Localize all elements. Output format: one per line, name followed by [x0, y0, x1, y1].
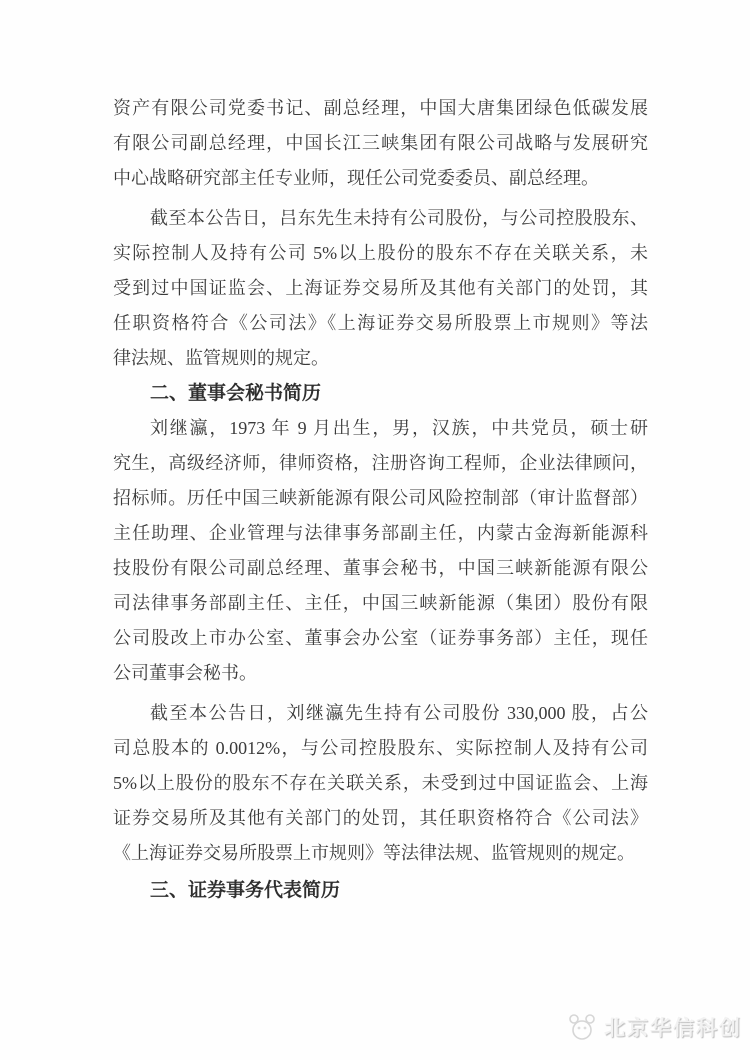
text-line: 中心战略研究部主任专业师，现任公司党委委员、副总经理。 [113, 161, 648, 196]
paragraph-liu-jiying-bio: 刘继瀛，1973 年 9 月出生，男，汉族，中共党员，硕士研 究生，高级经济师，… [113, 411, 648, 691]
text-line: 招标师。历任中国三峡新能源有限公司风险控制部（审计监督部） [113, 481, 648, 516]
text-line: 任职资格符合《公司法》《上海证券交易所股票上市规则》等法 [113, 306, 648, 341]
text-line: 《上海证券交易所股票上市规则》等法律法规、监管规则的规定。 [113, 836, 648, 871]
section-heading-board-secretary: 二、董事会秘书简历 [150, 376, 648, 411]
text-line: 公司董事会秘书。 [113, 656, 648, 691]
text-line: 截至本公告日，吕东先生未持有公司股份，与公司控股股东、 [113, 201, 648, 236]
document-body: 资产有限公司党委书记、副总经理，中国大唐集团绿色低碳发展 有限公司副总经理，中国… [113, 91, 648, 908]
document-page: 资产有限公司党委书记、副总经理，中国大唐集团绿色低碳发展 有限公司副总经理，中国… [0, 0, 750, 1060]
section-heading-securities-representative: 三、证券事务代表简历 [150, 873, 648, 908]
panda-logo-icon [568, 1012, 596, 1042]
text-line: 公司股改上市办公室、董事会办公室（证券事务部）主任，现任 [113, 621, 648, 656]
text-line: 司法律事务部副主任、主任，中国三峡新能源（集团）股份有限 [113, 586, 648, 621]
text-line: 实际控制人及持有公司 5%以上股份的股东不存在关联关系，未 [113, 236, 648, 271]
paragraph-lv-dong-roles: 资产有限公司党委书记、副总经理，中国大唐集团绿色低碳发展 有限公司副总经理，中国… [113, 91, 648, 196]
text-line: 究生，高级经济师，律师资格，注册咨询工程师，企业法律顾问， [113, 446, 648, 481]
text-line: 资产有限公司党委书记、副总经理，中国大唐集团绿色低碳发展 [113, 91, 648, 126]
text-line: 受到过中国证监会、上海证券交易所及其他有关部门的处罚，其 [113, 271, 648, 306]
watermark-label: 北京华信科创 [604, 1012, 742, 1042]
text-line: 司总股本的 0.0012%，与公司控股股东、实际控制人及持有公司 [113, 731, 648, 766]
text-line: 证券交易所及其他有关部门的处罚，其任职资格符合《公司法》 [113, 801, 648, 836]
paragraph-lv-dong-holdings: 截至本公告日，吕东先生未持有公司股份，与公司控股股东、 实际控制人及持有公司 5… [113, 201, 648, 376]
paragraph-liu-jiying-holdings: 截至本公告日，刘继瀛先生持有公司股份 330,000 股，占公 司总股本的 0.… [113, 696, 648, 871]
text-line: 刘继瀛，1973 年 9 月出生，男，汉族，中共党员，硕士研 [113, 411, 648, 446]
text-line: 5%以上股份的股东不存在关联关系，未受到过中国证监会、上海 [113, 766, 648, 801]
text-line: 截至本公告日，刘继瀛先生持有公司股份 330,000 股，占公 [113, 696, 648, 731]
text-line: 有限公司副总经理，中国长江三峡集团有限公司战略与发展研究 [113, 126, 648, 161]
watermark: 北京华信科创 [568, 1012, 742, 1042]
text-line: 主任助理、企业管理与法律事务部副主任，内蒙古金海新能源科 [113, 516, 648, 551]
text-line: 技股份有限公司副总经理、董事会秘书，中国三峡新能源有限公 [113, 551, 648, 586]
text-line: 律法规、监管规则的规定。 [113, 341, 648, 376]
